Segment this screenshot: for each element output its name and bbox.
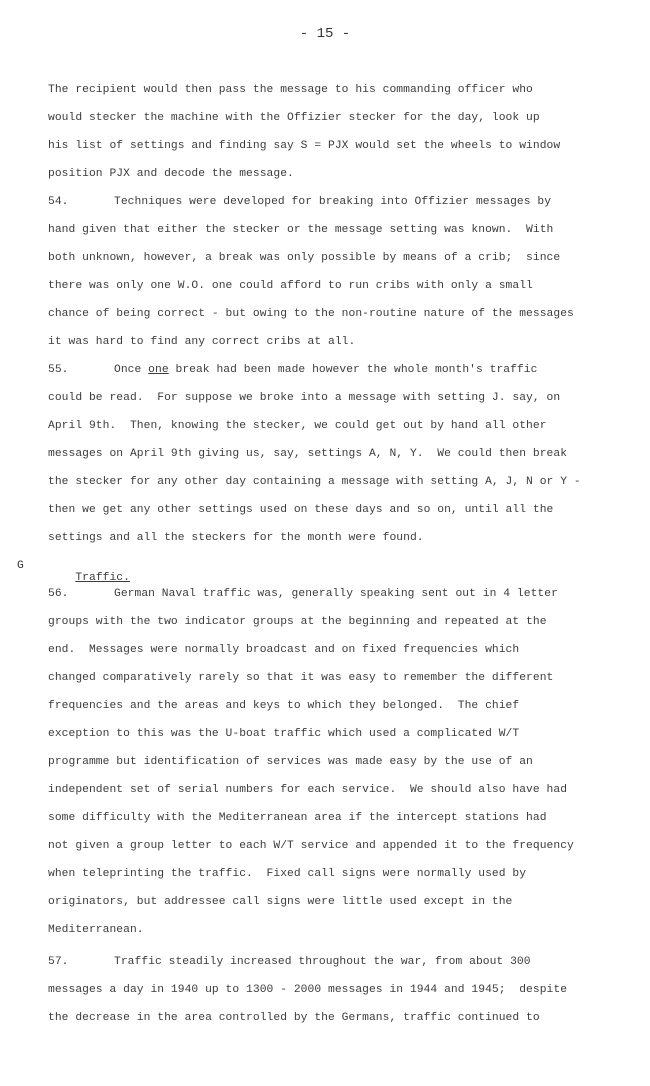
- text-line: then we get any other settings used on t…: [48, 504, 553, 516]
- text-segment: not given a group letter to each W/T ser…: [48, 840, 574, 852]
- text-line: chance of being correct - but owing to t…: [48, 308, 574, 320]
- text-segment: the decrease in the area controlled by t…: [48, 1012, 540, 1024]
- text-segment: hand given that either the stecker or th…: [48, 224, 553, 236]
- text-segment: Techniques were developed for breaking i…: [114, 196, 551, 208]
- text-segment: April 9th. Then, knowing the stecker, we…: [48, 420, 547, 432]
- document-page: - 15 - G Traffic. The recipient would th…: [0, 0, 650, 1086]
- text-segment: break had been made however the whole mo…: [169, 364, 538, 376]
- text-line: would stecker the machine with the Offiz…: [48, 112, 540, 124]
- paragraph-number: 54.: [48, 196, 114, 208]
- text-line: there was only one W.O. one could afford…: [48, 280, 533, 292]
- text-line: hand given that either the stecker or th…: [48, 224, 553, 236]
- text-line: his list of settings and finding say S =…: [48, 140, 560, 152]
- text-segment: his list of settings and finding say S =…: [48, 140, 560, 152]
- text-segment: position PJX and decode the message.: [48, 168, 294, 180]
- paragraph-first-line: 57.Traffic steadily increased throughout…: [48, 956, 531, 968]
- text-segment: both unknown, however, a break was only …: [48, 252, 560, 264]
- text-line: independent set of serial numbers for ea…: [48, 784, 567, 796]
- text-segment: end. Messages were normally broadcast an…: [48, 644, 519, 656]
- text-segment: changed comparatively rarely so that it …: [48, 672, 553, 684]
- text-line: programme but identification of services…: [48, 756, 533, 768]
- text-segment: settings and all the steckers for the mo…: [48, 532, 424, 544]
- text-segment: Traffic steadily increased throughout th…: [114, 956, 531, 968]
- text-segment: the stecker for any other day containing…: [48, 476, 581, 488]
- text-line: it was hard to find any correct cribs at…: [48, 336, 355, 348]
- text-line: some difficulty with the Mediterranean a…: [48, 812, 547, 824]
- text-segment: groups with the two indicator groups at …: [48, 616, 547, 628]
- section-letter: G: [17, 560, 24, 572]
- text-line: groups with the two indicator groups at …: [48, 616, 547, 628]
- paragraph-first-line: 54.Techniques were developed for breakin…: [48, 196, 551, 208]
- text-segment: there was only one W.O. one could afford…: [48, 280, 533, 292]
- text-segment: messages a day in 1940 up to 1300 - 2000…: [48, 984, 567, 996]
- text-segment: when teleprinting the traffic. Fixed cal…: [48, 868, 526, 880]
- paragraph-number: 57.: [48, 956, 114, 968]
- text-segment: Mediterranean.: [48, 924, 144, 936]
- text-line: when teleprinting the traffic. Fixed cal…: [48, 868, 526, 880]
- text-segment: German Naval traffic was, generally spea…: [114, 588, 558, 600]
- text-segment: exception to this was the U-boat traffic…: [48, 728, 519, 740]
- text-line: both unknown, however, a break was only …: [48, 252, 560, 264]
- text-line: position PJX and decode the message.: [48, 168, 294, 180]
- text-line: messages a day in 1940 up to 1300 - 2000…: [48, 984, 567, 996]
- paragraph-number: 56.: [48, 588, 114, 600]
- text-line: end. Messages were normally broadcast an…: [48, 644, 519, 656]
- text-segment: would stecker the machine with the Offiz…: [48, 112, 540, 124]
- page-number: - 15 -: [0, 26, 650, 42]
- text-segment: The recipient would then pass the messag…: [48, 84, 533, 96]
- text-line: changed comparatively rarely so that it …: [48, 672, 553, 684]
- text-line: exception to this was the U-boat traffic…: [48, 728, 519, 740]
- text-line: originators, but addressee call signs we…: [48, 896, 512, 908]
- text-line: messages on April 9th giving us, say, se…: [48, 448, 567, 460]
- text-segment: chance of being correct - but owing to t…: [48, 308, 574, 320]
- text-line: the decrease in the area controlled by t…: [48, 1012, 540, 1024]
- text-line: not given a group letter to each W/T ser…: [48, 840, 574, 852]
- text-line: Mediterranean.: [48, 924, 144, 936]
- text-segment: could be read. For suppose we broke into…: [48, 392, 560, 404]
- text-segment: messages on April 9th giving us, say, se…: [48, 448, 567, 460]
- text-segment: frequencies and the areas and keys to wh…: [48, 700, 519, 712]
- text-segment: independent set of serial numbers for ea…: [48, 784, 567, 796]
- text-segment: Once: [114, 364, 148, 376]
- text-line: frequencies and the areas and keys to wh…: [48, 700, 519, 712]
- paragraph-first-line: 55.Once one break had been made however …: [48, 364, 537, 376]
- text-segment: then we get any other settings used on t…: [48, 504, 553, 516]
- section-heading-text: Traffic.: [75, 572, 130, 584]
- paragraph-first-line: 56.German Naval traffic was, generally s…: [48, 588, 558, 600]
- text-segment: it was hard to find any correct cribs at…: [48, 336, 355, 348]
- text-line: could be read. For suppose we broke into…: [48, 392, 560, 404]
- text-line: the stecker for any other day containing…: [48, 476, 581, 488]
- text-segment: some difficulty with the Mediterranean a…: [48, 812, 547, 824]
- text-line: The recipient would then pass the messag…: [48, 84, 533, 96]
- text-segment: originators, but addressee call signs we…: [48, 896, 512, 908]
- underlined-word: one: [148, 364, 169, 376]
- text-line: settings and all the steckers for the mo…: [48, 532, 424, 544]
- text-line: April 9th. Then, knowing the stecker, we…: [48, 420, 547, 432]
- text-segment: programme but identification of services…: [48, 756, 533, 768]
- paragraph-number: 55.: [48, 364, 114, 376]
